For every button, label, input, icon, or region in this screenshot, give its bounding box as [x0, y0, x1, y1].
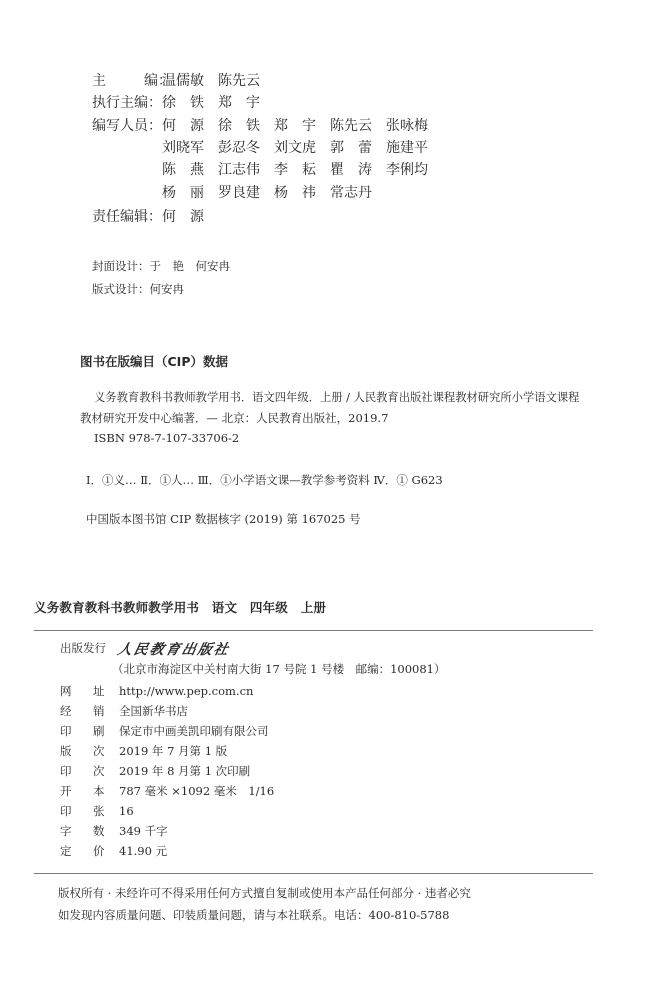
imprint-label: 印: [60, 802, 72, 820]
writer-name: 彭忍冬: [218, 137, 260, 159]
price-value: 41.90 元: [119, 842, 167, 860]
imprint-label: 刷: [93, 722, 105, 740]
bottom-divider: [34, 873, 593, 874]
imprint-label: 数: [93, 822, 105, 840]
imprint-label: 字: [60, 822, 72, 840]
cip-entry-line-2: 教材研究开发中心编著．— 北京：人民教育出版社，2019.7: [80, 409, 388, 427]
cip-classification: Ⅰ．①义… Ⅱ．①人… Ⅲ．①小学语文课—教学参考资料 Ⅳ．① G623: [86, 471, 443, 489]
imprint-label: 本: [93, 782, 105, 800]
writer-name: 施建平: [386, 137, 428, 159]
book-title: 义务教育教科书教师教学用书 语文 四年级 上册: [34, 598, 326, 616]
chief-editor-name: 温儒敏: [162, 70, 204, 92]
executive-editor-name: 徐 铁: [162, 92, 204, 114]
writers-label: 编写人员：: [92, 115, 162, 137]
imprint-label: 开: [60, 782, 72, 800]
writer-name: 李俐均: [386, 159, 428, 181]
sheets-value: 16: [119, 802, 134, 820]
imprint-label: 印: [60, 722, 72, 740]
format-value: 787 毫米 ×1092 毫米 1/16: [119, 782, 274, 800]
executive-editor-name: 郑 宇: [218, 92, 260, 114]
imprint-label: 版: [60, 742, 72, 760]
chief-editor-label-1: 主: [92, 70, 106, 92]
imprint-label: 址: [93, 682, 105, 700]
imprint-label: 张: [93, 802, 105, 820]
cip-entry-line-1: 义务教育教科书教师教学用书．语文四年级．上册 / 人民教育出版社课程教材研究所小…: [94, 389, 579, 407]
writer-name: 郑 宇: [274, 115, 316, 137]
writer-name: 李 耘: [274, 159, 316, 181]
writer-name: 陈 燕: [162, 159, 204, 181]
writer-name: 江志伟: [218, 159, 260, 181]
writer-name: 瞿 涛: [330, 159, 372, 181]
writer-name: 杨 祎: [274, 182, 316, 204]
executive-editor-label: 执行主编：: [92, 92, 162, 114]
printer-value: 保定市中画美凯印刷有限公司: [119, 722, 269, 740]
imprint-label: 定: [60, 842, 72, 860]
cip-isbn: ISBN 978-7-107-33706-2: [94, 429, 239, 447]
top-divider: [34, 630, 593, 631]
cover-design-label: 封面设计：: [92, 259, 150, 273]
publisher-logo: 人民教育出版社: [116, 639, 232, 659]
imprint-label: 次: [93, 762, 105, 780]
quality-notice: 如发现内容质量问题、印装质量问题，请与本社联系。电话：400-810-5788: [58, 906, 449, 924]
cip-verification: 中国版本图书馆 CIP 数据核字 (2019) 第 167025 号: [86, 510, 361, 528]
responsible-editor-label: 责任编辑：: [92, 206, 162, 228]
website-value: http://www.pep.com.cn: [119, 682, 253, 700]
distributor-value: 全国新华书店: [119, 702, 188, 720]
imprint-label: 次: [93, 742, 105, 760]
edition-value: 2019 年 7 月第 1 版: [119, 742, 227, 760]
imprint-label: 销: [93, 702, 105, 720]
writer-name: 常志丹: [330, 182, 372, 204]
cover-design-value: 于 艳 何安冉: [150, 259, 231, 273]
publisher-label: 出版发行: [60, 639, 106, 657]
publisher-address: （北京市海淀区中关村南大街 17 号院 1 号楼 邮编：100081）: [112, 660, 445, 678]
writer-name: 罗良建: [218, 182, 260, 204]
cip-title: 图书在版编目（CIP）数据: [80, 352, 228, 370]
cover-design-row: 封面设计：于 艳 何安冉: [92, 257, 230, 275]
writer-name: 杨 丽: [162, 182, 204, 204]
imprint-label: 网: [60, 682, 72, 700]
writer-name: 张咏梅: [386, 115, 428, 137]
printing-value: 2019 年 8 月第 1 次印刷: [119, 762, 250, 780]
imprint-label: 印: [60, 762, 72, 780]
copyright-notice: 版权所有 · 未经许可不得采用任何方式擅自复制或使用本产品任何部分 · 违者必究: [58, 884, 471, 902]
writer-name: 刘文虎: [274, 137, 316, 159]
writer-name: 刘晓军: [162, 137, 204, 159]
layout-design-label: 版式设计：: [92, 282, 150, 296]
word-count-value: 349 千字: [119, 822, 168, 840]
responsible-editor-name: 何 源: [162, 206, 204, 228]
chief-editor-name: 陈先云: [218, 70, 260, 92]
writer-name: 何 源: [162, 115, 204, 137]
imprint-label: 价: [93, 842, 105, 860]
writer-name: 徐 铁: [218, 115, 260, 137]
layout-design-row: 版式设计：何安冉: [92, 280, 184, 298]
writer-name: 郭 蕾: [330, 137, 372, 159]
writer-name: 陈先云: [330, 115, 372, 137]
layout-design-value: 何安冉: [150, 282, 185, 296]
imprint-label: 经: [60, 702, 72, 720]
